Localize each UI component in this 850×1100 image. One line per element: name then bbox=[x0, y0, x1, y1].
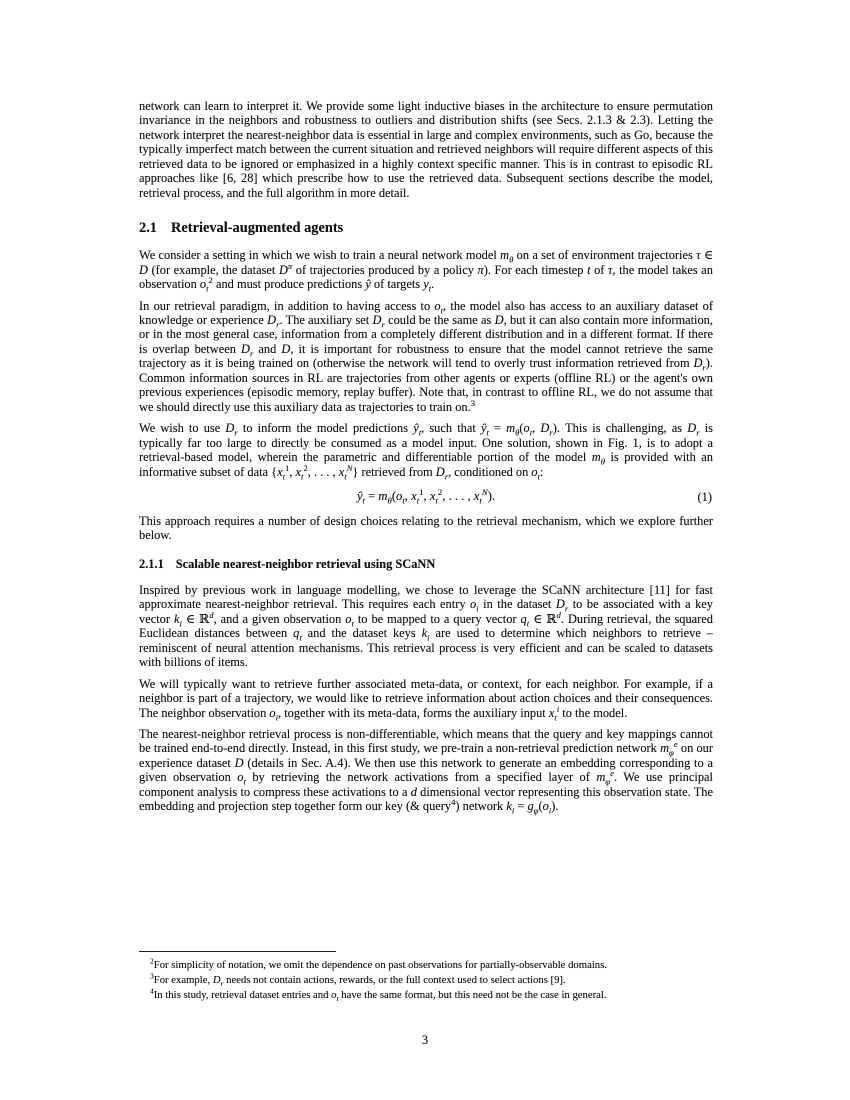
footnote: 3For example, Dr needs not contain actio… bbox=[139, 973, 713, 988]
footnote-rule bbox=[139, 951, 336, 952]
section-title: Retrieval-augmented agents bbox=[171, 220, 343, 236]
footnote: 2For simplicity of notation, we omit the… bbox=[139, 958, 713, 973]
footnote-text: For example, Dr needs not contain action… bbox=[154, 974, 566, 986]
footnote: 4In this study, retrieval dataset entrie… bbox=[139, 988, 713, 1003]
section-number: 2.1 bbox=[139, 220, 157, 236]
equation-number: (1) bbox=[698, 488, 712, 506]
paragraph: The nearest-neighbor retrieval process i… bbox=[139, 727, 713, 814]
page-number: 3 bbox=[0, 1033, 850, 1048]
section-heading-2-1-1: 2.1.1Scalable nearest-neighbor retrieval… bbox=[139, 557, 713, 572]
paragraph: Inspired by previous work in language mo… bbox=[139, 583, 713, 670]
footnote-text: In this study, retrieval dataset entries… bbox=[154, 989, 607, 1001]
section-title: Scalable nearest-neighbor retrieval usin… bbox=[176, 557, 436, 571]
content-column: network can learn to interpret it. We pr… bbox=[139, 99, 713, 821]
equation: ŷt = mθ(ot, xt1, xt2, . . . , xtN). (1) bbox=[139, 487, 713, 505]
equation-body: ŷt = mθ(ot, xt1, xt2, . . . , xtN). bbox=[357, 489, 495, 503]
paragraph: We consider a setting in which we wish t… bbox=[139, 248, 713, 291]
footnotes: 2For simplicity of notation, we omit the… bbox=[139, 951, 713, 1003]
section-heading-2-1: 2.1Retrieval-augmented agents bbox=[139, 220, 713, 236]
paragraph-intro: network can learn to interpret it. We pr… bbox=[139, 99, 713, 200]
section-number: 2.1.1 bbox=[139, 557, 164, 571]
paragraph: This approach requires a number of desig… bbox=[139, 514, 713, 543]
footnote-text: For simplicity of notation, we omit the … bbox=[154, 959, 607, 971]
paragraph: We will typically want to retrieve furth… bbox=[139, 677, 713, 720]
paragraph: In our retrieval paradigm, in addition t… bbox=[139, 299, 713, 415]
paragraph: We wish to use Dr to inform the model pr… bbox=[139, 421, 713, 479]
paper-page: network can learn to interpret it. We pr… bbox=[0, 0, 850, 1100]
